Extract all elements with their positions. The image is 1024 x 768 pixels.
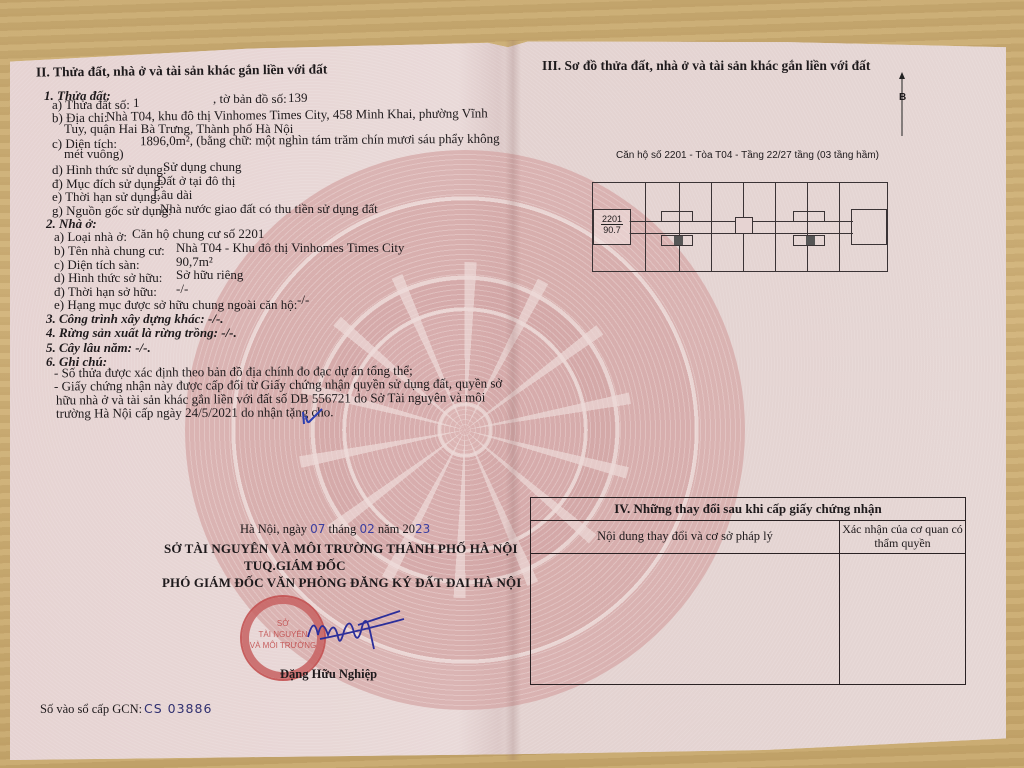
column-header-authority-confirmation: Xác nhận của cơ quan có thẩm quyền [840, 522, 965, 550]
origin-value: Nhà nước giao đất có thu tiền sử dụng đấ… [160, 201, 378, 216]
highlighted-unit-2201: 2201 90.7 [593, 209, 631, 245]
ownership-value: Sở hữu riêng [176, 267, 243, 282]
plan-core-lower-right [793, 235, 825, 246]
building-label: b) Tên nhà chung cư: [54, 243, 165, 258]
page-fold [505, 40, 521, 760]
month-label: tháng [329, 522, 357, 536]
shared-items-value: -/- [297, 292, 309, 307]
use-form-value: Sử dụng chung [163, 159, 242, 174]
plan-core-lower-left [661, 235, 693, 246]
date-prefix: Hà Nội, ngày [240, 522, 307, 536]
map-sheet-label: , tờ bản đồ số: [213, 91, 287, 106]
plan-core-upper-left [661, 211, 693, 222]
section-ii-title: II. Thửa đất, nhà ở và tài sản khác gắn … [36, 61, 328, 79]
signing-date: Hà Nội, ngày 07 tháng 02 năm 2023 [240, 522, 430, 537]
plan-caption: Căn hộ số 2201 - Tòa T04 - Tầng 22/27 tầ… [616, 148, 879, 163]
date-year-handwritten: 23 [415, 522, 430, 536]
house-type-label: a) Loại nhà ở: [54, 229, 127, 244]
building-value: Nhà T04 - Khu đô thị Vinhomes Times City [176, 240, 404, 255]
registry-number: CS 03886 [144, 701, 212, 716]
area-value-cont: mét vuông) [64, 146, 124, 161]
ownership-term-value: -/- [176, 281, 188, 296]
purpose-value: Đất ở tại đô thị [157, 173, 235, 188]
compass-label: B [899, 90, 906, 105]
plan-core-upper-right [793, 211, 825, 222]
handwritten-check-mark-icon [300, 406, 324, 428]
year-label: năm [378, 522, 400, 536]
column-header-change-content: Nội dung thay đổi và cơ sở pháp lý [531, 520, 839, 553]
production-forest: 4. Rừng sản xuất là rừng trồng: -/-. [46, 325, 237, 340]
term-value: Lâu dài [153, 187, 192, 202]
note-line-4: trường Hà Nội cấp ngày 24/5/2021 do nhận… [56, 404, 334, 420]
changes-table-header-row: Nội dung thay đổi và cơ sở pháp lý Xác n… [531, 520, 965, 554]
date-month: 02 [359, 522, 374, 536]
map-sheet-value: 139 [288, 90, 308, 105]
signer-name: Đặng Hữu Nghiệp [280, 667, 377, 682]
unit-area: 90.7 [603, 225, 621, 235]
plan-lobby [735, 217, 753, 234]
ownership-label: d) Hình thức sở hữu: [54, 270, 162, 285]
signer-position: PHÓ GIÁM ĐỐC VĂN PHÒNG ĐĂNG KÝ ĐẤT ĐAI H… [162, 575, 521, 590]
shared-items-label: e) Hạng mục được sở hữu chung ngoài căn … [54, 297, 297, 312]
column-divider [839, 520, 840, 684]
use-form-label: d) Hình thức sử dụng: [52, 162, 166, 177]
date-year: 20 [403, 522, 416, 536]
other-construction: 3. Công trình xây dựng khác: -/-. [46, 311, 224, 326]
area-value: 1896,0m², (bằng chữ: một nghìn tám trăm … [140, 131, 500, 149]
issuing-agency: SỞ TÀI NGUYÊN VÀ MÔI TRƯỜNG THÀNH PHỐ HÀ… [164, 541, 518, 556]
plan-end-unit [851, 209, 887, 245]
apartment-floor-plan: 2201 90.7 [592, 182, 888, 272]
house-type-value: Căn hộ chung cư số 2201 [132, 226, 264, 241]
date-day: 07 [310, 522, 325, 536]
registry-label: Số vào sổ cấp GCN: [40, 702, 142, 717]
unit-number: 2201 [601, 214, 623, 225]
changes-table: IV. Những thay đổi sau khi cấp giấy chứn… [530, 497, 966, 685]
north-arrow-icon [896, 70, 916, 140]
handwritten-signature [300, 605, 410, 655]
term-label: e) Thời hạn sử dụng: [52, 189, 160, 204]
section-iii-title: III. Sơ đồ thửa đất, nhà ở và tài sản kh… [542, 58, 870, 73]
on-behalf-of: TUQ.GIÁM ĐỐC [244, 558, 346, 573]
perennial-trees: 5. Cây lâu năm: -/-. [46, 340, 151, 355]
changes-table-title: IV. Những thay đổi sau khi cấp giấy chứn… [531, 498, 965, 521]
